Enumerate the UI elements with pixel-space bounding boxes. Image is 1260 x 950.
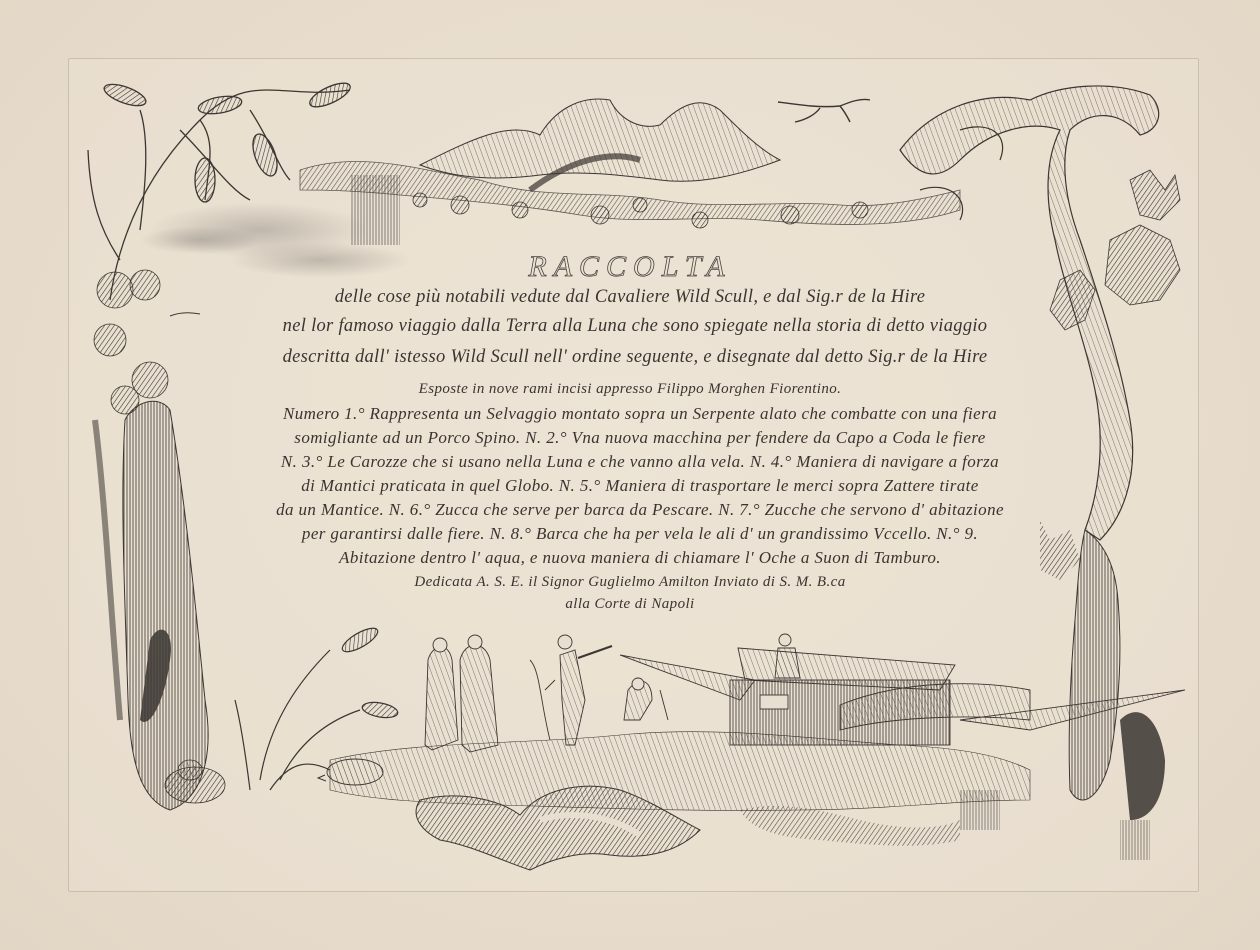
bat-wing-canopy [420,99,780,190]
flying-bird-icon [778,99,870,122]
waterfall-left [94,270,208,810]
rocaille-cartouche [900,86,1159,540]
engraving-artwork [0,0,1260,950]
small-bird-icon [170,313,200,316]
